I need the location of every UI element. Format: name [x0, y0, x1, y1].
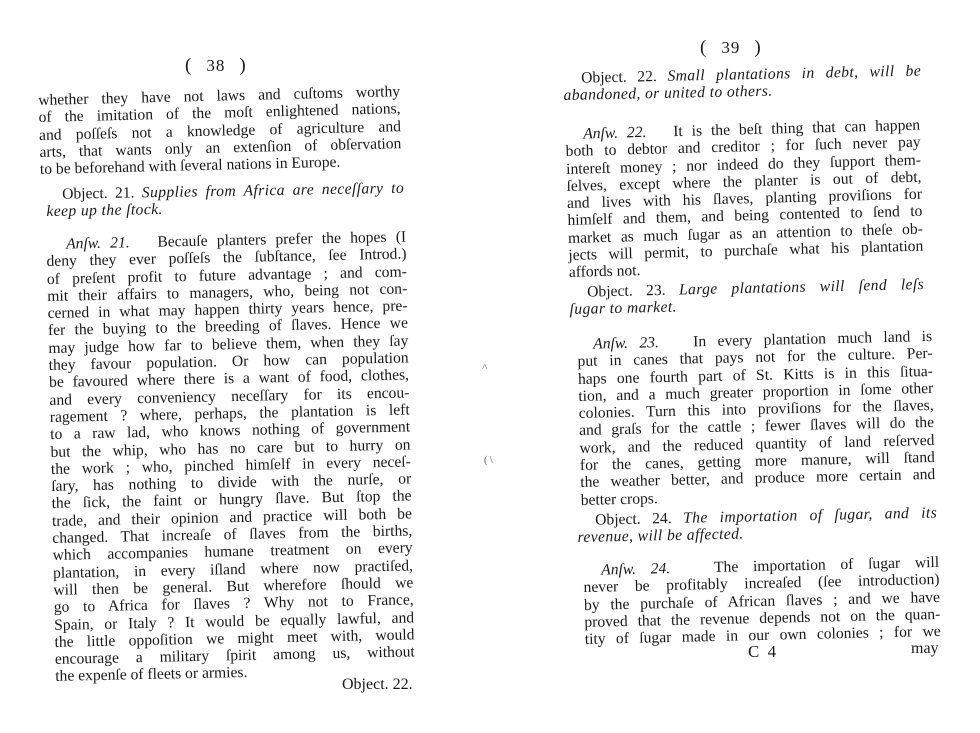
answer-label: Anſw. 22. [583, 124, 647, 143]
folio-number: 39 [721, 38, 740, 58]
answer-21: Anſw. 21. Becauſe planters prefer the ho… [46, 228, 415, 685]
gutter-speck: ( \ [484, 455, 493, 466]
answer-22: Anſw. 22. It is the beſt thing that can … [565, 117, 924, 282]
answer-label: Anſw. 23. [593, 334, 659, 352]
answer-label: Anſw. 24. [601, 560, 670, 579]
right-page: (39) Object. 22. Small plantations in de… [555, 0, 980, 733]
left-page: (38) whether they have not laws and cuſt… [0, 0, 470, 733]
page-number-38: (38) [185, 55, 247, 77]
objection-label: Object. 23. [587, 282, 666, 301]
gutter-speck: ˄ [482, 362, 488, 373]
folio-paren-open: ( [700, 37, 707, 58]
signature-mark: C 4 [748, 642, 778, 662]
answer-label: Anſw. 21. [66, 234, 130, 252]
objection-22: Object. 22. Small plantations in debt, w… [563, 63, 922, 105]
folio-paren-open: ( [185, 55, 192, 76]
objection-label: Object. 24. [595, 510, 672, 529]
answer-23: Anſw. 23. In every plantation much land … [577, 328, 936, 509]
answer-24: Anſw. 24. The importation of ſugar will … [583, 554, 941, 649]
catchword: may [911, 640, 939, 658]
folio-number: 38 [206, 56, 225, 76]
objection-21: Object. 21. Supplies from Africa are nec… [46, 180, 405, 221]
objection-24: Object. 24. The importation of ſugar, an… [577, 504, 938, 546]
objection-23: Object. 23. Large plantations will ſend … [569, 276, 925, 319]
continuation-paragraph: whether they have not laws and cuſtoms w… [38, 83, 402, 178]
catchword: Object. 22. [342, 676, 413, 694]
objection-label: Object. 21. [62, 184, 135, 202]
objection-label: Object. 22. [581, 68, 657, 87]
folio-paren-close: ) [754, 37, 761, 58]
folio-paren-close: ) [239, 55, 246, 76]
page-number-39: (39) [700, 37, 762, 59]
